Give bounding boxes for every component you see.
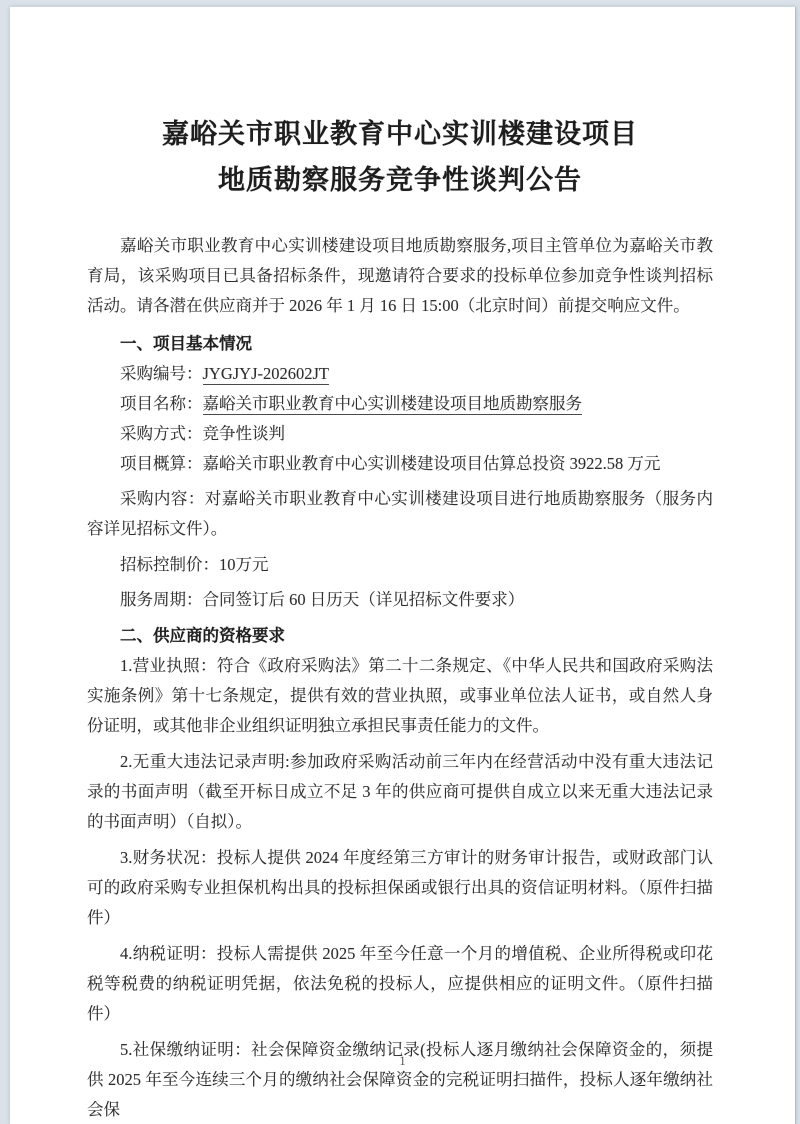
field-procurement-method-value: 竞争性谈判 — [203, 424, 286, 443]
title-line-2: 地质勘察服务竞争性谈判公告 — [87, 157, 713, 203]
field-project-estimate: 项目概算：嘉峪关市职业教育中心实训楼建设项目估算总投资 3922.58 万元 — [87, 449, 713, 479]
field-service-period: 服务周期：合同签订后 60 日历天（详见招标文件要求） — [87, 585, 713, 615]
field-procurement-number-label: 采购编号： — [120, 364, 203, 383]
document-page: 嘉峪关市职业教育中心实训楼建设项目 地质勘察服务竞争性谈判公告 嘉峪关市职业教育… — [10, 7, 796, 1124]
document-title: 嘉峪关市职业教育中心实训楼建设项目 地质勘察服务竞争性谈判公告 — [87, 7, 713, 203]
requirement-item-4: 4.纳税证明：投标人需提供 2025 年至今任意一个月的增值税、企业所得税或印花… — [87, 939, 713, 1029]
field-project-estimate-value: 嘉峪关市职业教育中心实训楼建设项目估算总投资 3922.58 万元 — [203, 454, 661, 473]
field-procurement-number-value: JYGJYJ-202602JT — [203, 364, 330, 385]
field-service-period-label: 服务周期： — [120, 590, 203, 609]
document-viewer: 嘉峪关市职业教育中心实训楼建设项目 地质勘察服务竞争性谈判公告 嘉峪关市职业教育… — [0, 0, 800, 1124]
field-procurement-method: 采购方式：竞争性谈判 — [87, 419, 713, 449]
requirement-item-3: 3.财务状况：投标人提供 2024 年度经第三方审计的财务审计报告，或财政部门认… — [87, 843, 713, 933]
field-price-ceiling: 招标控制价：10万元 — [87, 550, 713, 580]
field-procurement-content-label: 采购内容： — [120, 489, 205, 508]
field-project-name-label: 项目名称： — [120, 394, 203, 413]
section-1-heading: 一、项目基本情况 — [87, 329, 713, 359]
section-2-heading: 二、供应商的资格要求 — [87, 621, 713, 651]
field-project-name: 项目名称：嘉峪关市职业教育中心实训楼建设项目地质勘察服务 — [87, 389, 713, 419]
document-content: 嘉峪关市职业教育中心实训楼建设项目 地质勘察服务竞争性谈判公告 嘉峪关市职业教育… — [10, 7, 795, 1124]
field-price-ceiling-label: 招标控制价： — [120, 555, 219, 574]
intro-paragraph: 嘉峪关市职业教育中心实训楼建设项目地质勘察服务,项目主管单位为嘉峪关市教育局，该… — [87, 231, 713, 321]
requirement-item-1: 1.营业执照：符合《政府采购法》第二十二条规定、《中华人民共和国政府采购法实施条… — [87, 651, 713, 741]
field-service-period-value: 合同签订后 60 日历天（详见招标文件要求） — [203, 590, 525, 609]
field-project-estimate-label: 项目概算： — [120, 454, 203, 473]
field-price-ceiling-value: 10万元 — [219, 555, 269, 574]
title-line-1: 嘉峪关市职业教育中心实训楼建设项目 — [87, 111, 713, 157]
page-number: 1 — [10, 1053, 795, 1069]
field-procurement-number: 采购编号：JYGJYJ-202602JT — [87, 359, 713, 389]
field-procurement-method-label: 采购方式： — [120, 424, 203, 443]
field-project-name-value: 嘉峪关市职业教育中心实训楼建设项目地质勘察服务 — [203, 394, 583, 415]
requirement-item-5: 5.社保缴纳证明：社会保障资金缴纳记录(投标人逐月缴纳社会保障资金的，须提供 2… — [87, 1035, 713, 1124]
requirement-item-2: 2.无重大违法记录声明:参加政府采购活动前三年内在经营活动中没有重大违法记录的书… — [87, 747, 713, 837]
field-procurement-content: 采购内容：对嘉峪关市职业教育中心实训楼建设项目进行地质勘察服务（服务内容详见招标… — [87, 484, 713, 544]
